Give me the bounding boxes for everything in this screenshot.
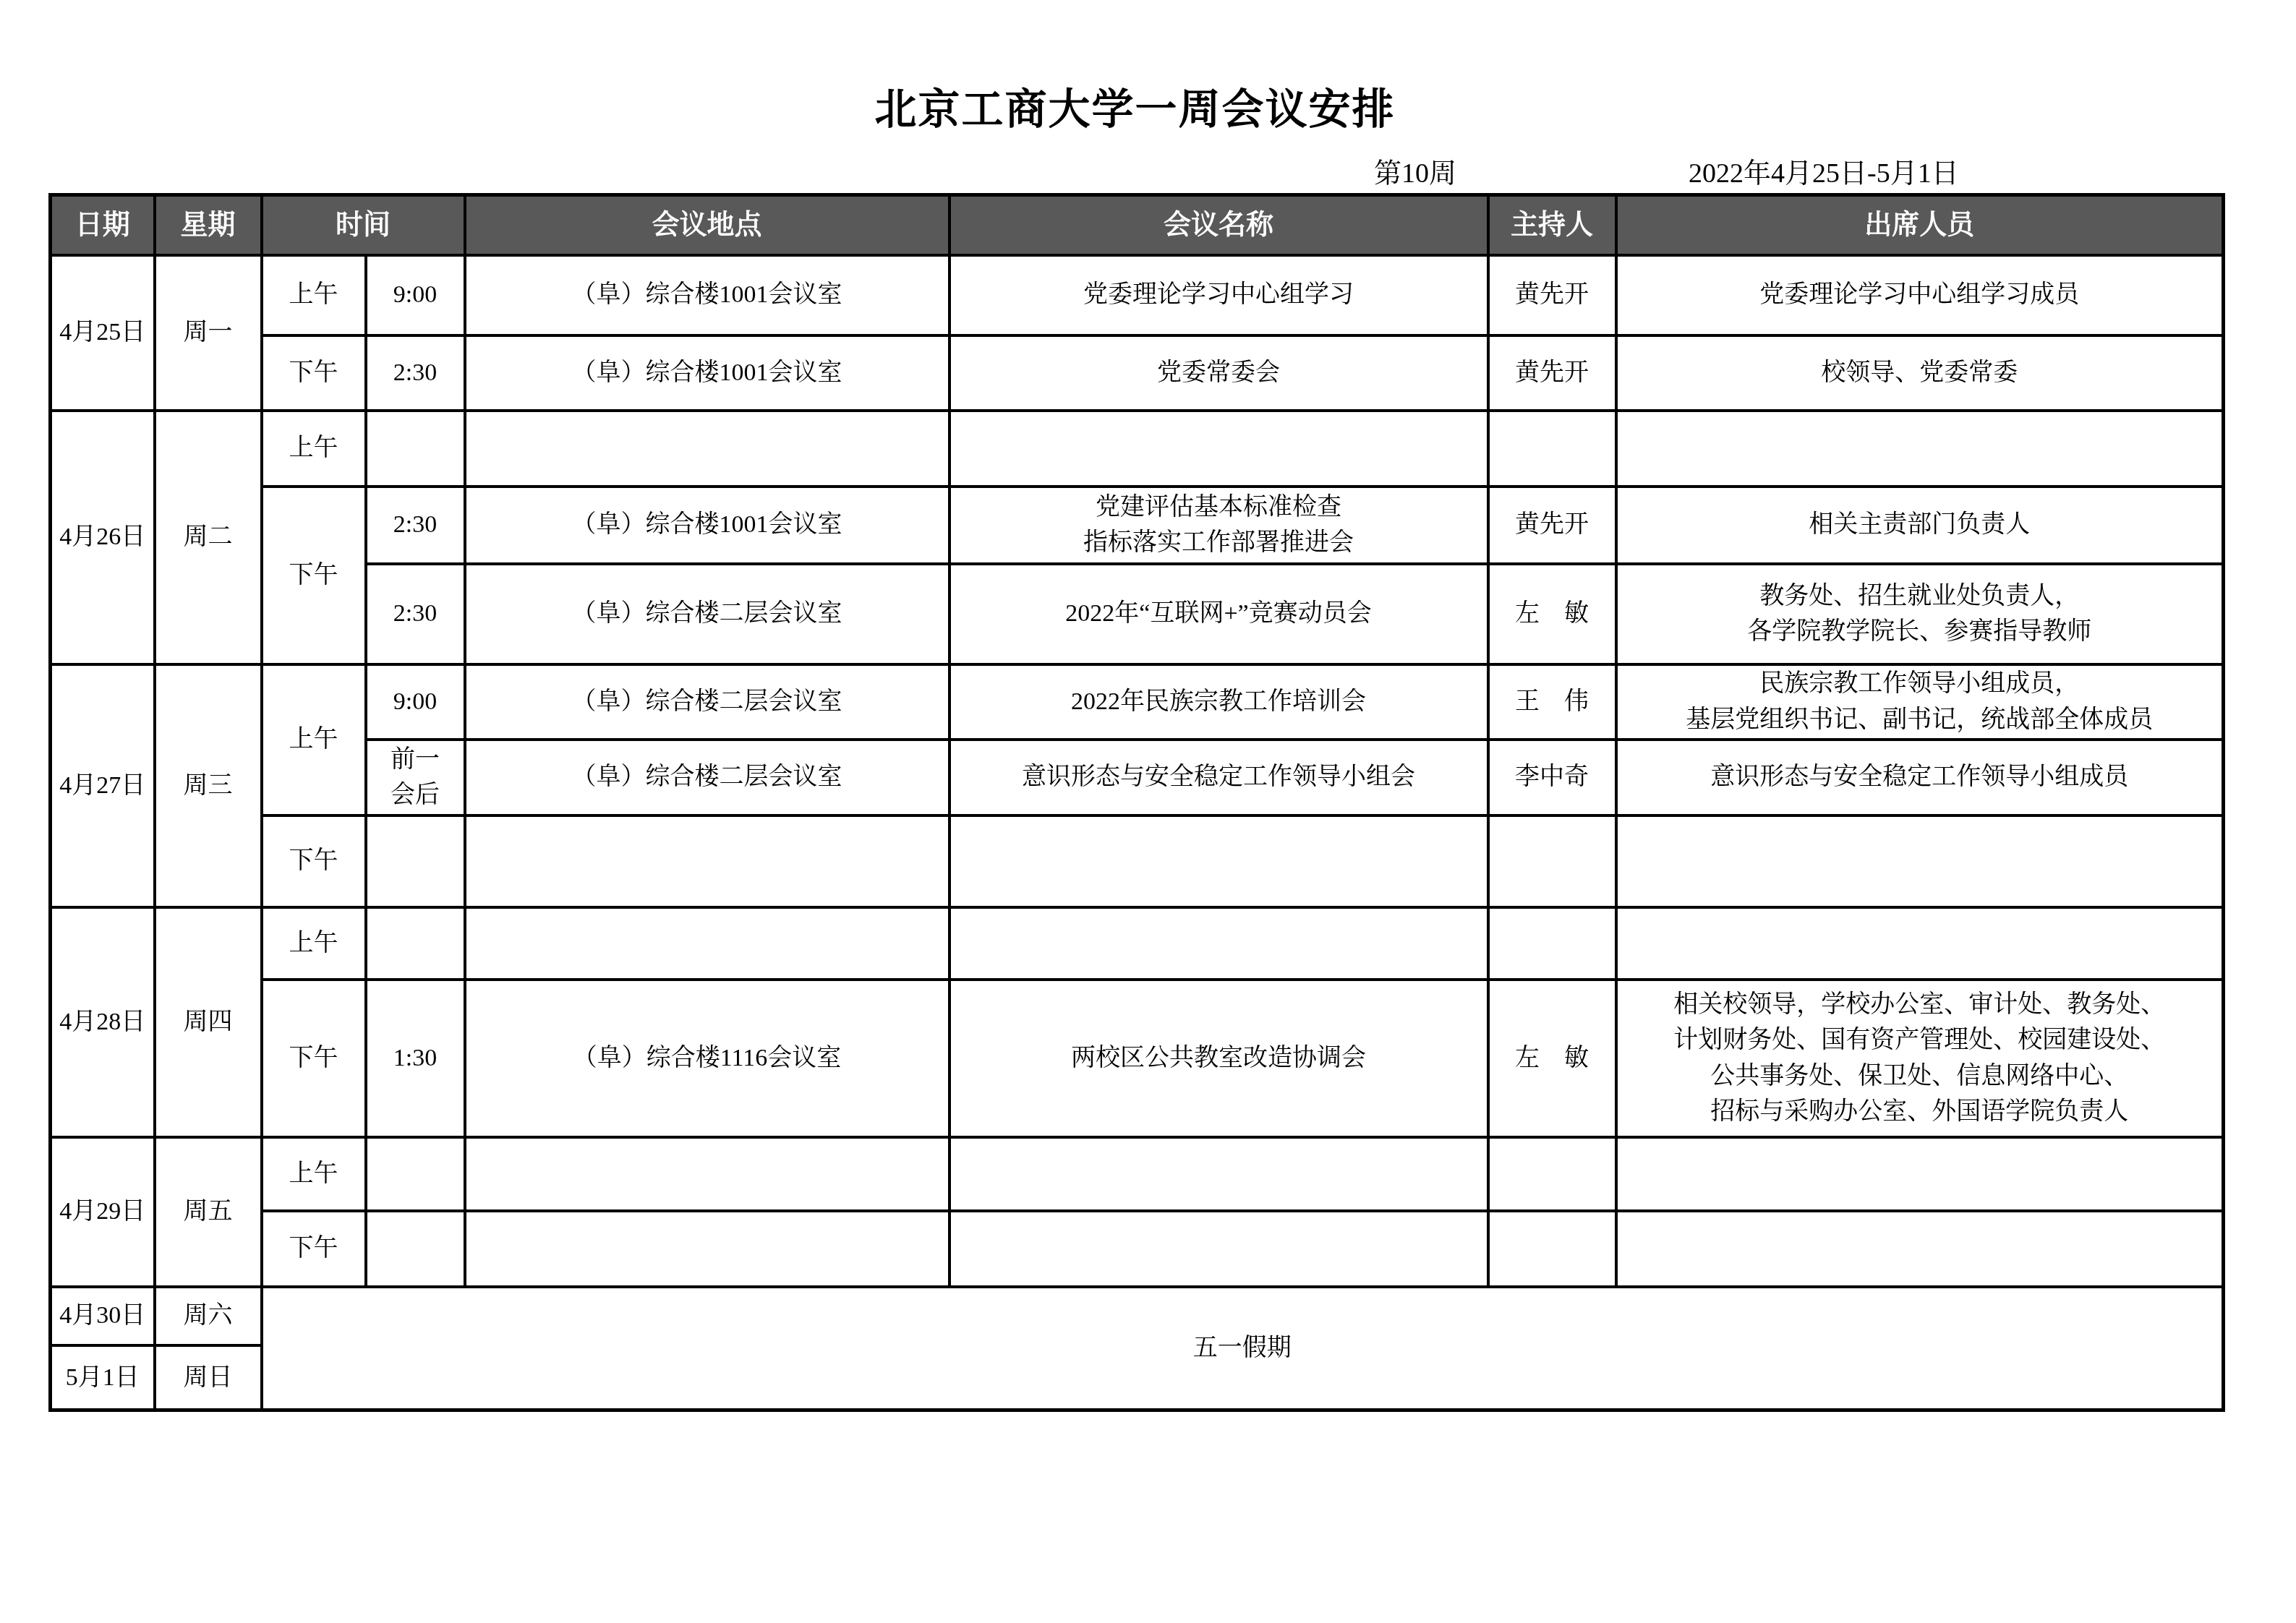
time-cell: 9:00: [366, 255, 465, 335]
period-cell: 上午: [262, 1137, 366, 1211]
host-cell: 王 伟: [1488, 664, 1616, 740]
host-cell: [1488, 1137, 1616, 1211]
period-cell: 下午: [262, 1211, 366, 1287]
meeting-name-cell: 党委理论学习中心组学习: [949, 255, 1488, 335]
host-cell: [1488, 815, 1616, 907]
attendees-cell: [1616, 815, 2224, 907]
header-attendees: 出席人员: [1616, 195, 2224, 255]
page-title: 北京工商大学一周会议安排: [48, 75, 2222, 136]
meeting-name-cell: [949, 411, 1488, 487]
table-header-row: 日期 星期 时间 会议地点 会议名称 主持人 出席人员: [51, 195, 2224, 255]
header-location: 会议地点: [465, 195, 949, 255]
header-name: 会议名称: [949, 195, 1488, 255]
period-cell: 下午: [262, 980, 366, 1137]
time-cell: 2:30: [366, 564, 465, 664]
attendees-cell: 民族宗教工作领导小组成员， 基层党组织书记、副书记，统战部全体成员: [1616, 664, 2224, 740]
table-row: 下午 1:30 （阜）综合楼1116会议室 两校区公共教室改造协调会 左 敏 相…: [51, 980, 2224, 1137]
table-row: 前一 会后 （阜）综合楼二层会议室 意识形态与安全稳定工作领导小组会 李中奇 意…: [51, 740, 2224, 815]
header-time: 时间: [262, 195, 465, 255]
time-cell: 2:30: [366, 487, 465, 564]
date-cell: 4月27日: [51, 664, 155, 907]
host-cell: 左 敏: [1488, 980, 1616, 1137]
location-cell: [465, 1137, 949, 1211]
date-cell: 4月25日: [51, 255, 155, 411]
meeting-name-cell: [949, 1211, 1488, 1287]
host-cell: 黄先开: [1488, 335, 1616, 411]
time-cell: 9:00: [366, 664, 465, 740]
period-cell: 下午: [262, 815, 366, 907]
attendees-cell: 教务处、招生就业处负责人， 各学院教学院长、参赛指导教师: [1616, 564, 2224, 664]
holiday-cell: 五一假期: [262, 1287, 2224, 1410]
time-cell: 1:30: [366, 980, 465, 1137]
weekday-cell: 周六: [155, 1287, 262, 1345]
weekday-cell: 周三: [155, 664, 262, 907]
week-number-label: 第10周: [1374, 150, 1456, 190]
location-cell: （阜）综合楼二层会议室: [465, 664, 949, 740]
table-row: 4月25日 周一 上午 9:00 （阜）综合楼1001会议室 党委理论学习中心组…: [51, 255, 2224, 335]
host-cell: [1488, 907, 1616, 980]
attendees-cell: [1616, 907, 2224, 980]
meeting-name-cell: [949, 1137, 1488, 1211]
host-cell: 黄先开: [1488, 487, 1616, 564]
weekday-cell: 周五: [155, 1137, 262, 1287]
time-cell: [366, 815, 465, 907]
attendees-cell: 相关主责部门负责人: [1616, 487, 2224, 564]
document-page: 北京工商大学一周会议安排 第10周 2022年4月25日-5月1日 日期 星期 …: [0, 0, 2296, 1623]
header-date: 日期: [51, 195, 155, 255]
location-cell: [465, 411, 949, 487]
period-cell: 上午: [262, 255, 366, 335]
time-cell: 2:30: [366, 335, 465, 411]
time-cell: [366, 1137, 465, 1211]
meeting-name-cell: 党委常委会: [949, 335, 1488, 411]
time-cell: 前一 会后: [366, 740, 465, 815]
location-cell: （阜）综合楼二层会议室: [465, 564, 949, 664]
location-cell: （阜）综合楼1116会议室: [465, 980, 949, 1137]
table-row: 4月29日 周五 上午: [51, 1137, 2224, 1211]
period-cell: 上午: [262, 664, 366, 815]
date-cell: 4月26日: [51, 411, 155, 664]
period-cell: 上午: [262, 411, 366, 487]
table-row: 下午: [51, 1211, 2224, 1287]
weekday-cell: 周日: [155, 1345, 262, 1410]
header-host: 主持人: [1488, 195, 1616, 255]
table-row: 2:30 （阜）综合楼二层会议室 2022年“互联网+”竞赛动员会 左 敏 教务…: [51, 564, 2224, 664]
time-cell: [366, 907, 465, 980]
attendees-cell: 校领导、党委常委: [1616, 335, 2224, 411]
attendees-cell: 意识形态与安全稳定工作领导小组成员: [1616, 740, 2224, 815]
time-cell: [366, 411, 465, 487]
weekday-cell: 周四: [155, 907, 262, 1137]
period-cell: 上午: [262, 907, 366, 980]
host-cell: [1488, 411, 1616, 487]
table-row: 下午 2:30 （阜）综合楼1001会议室 党委常委会 黄先开 校领导、党委常委: [51, 335, 2224, 411]
meeting-name-cell: 2022年“互联网+”竞赛动员会: [949, 564, 1488, 664]
date-cell: 5月1日: [51, 1345, 155, 1410]
meeting-name-cell: 两校区公共教室改造协调会: [949, 980, 1488, 1137]
location-cell: （阜）综合楼1001会议室: [465, 255, 949, 335]
meeting-name-cell: [949, 815, 1488, 907]
period-cell: 下午: [262, 487, 366, 664]
meeting-schedule-table: 日期 星期 时间 会议地点 会议名称 主持人 出席人员 4月25日 周一 上午 …: [48, 193, 2225, 1412]
time-cell: [366, 1211, 465, 1287]
weekday-cell: 周一: [155, 255, 262, 411]
table-row: 下午: [51, 815, 2224, 907]
location-cell: （阜）综合楼1001会议室: [465, 335, 949, 411]
attendees-cell: 相关校领导，学校办公室、审计处、教务处、 计划财务处、国有资产管理处、校园建设处…: [1616, 980, 2224, 1137]
location-cell: [465, 1211, 949, 1287]
host-cell: [1488, 1211, 1616, 1287]
location-cell: （阜）综合楼1001会议室: [465, 487, 949, 564]
table-row: 4月27日 周三 上午 9:00 （阜）综合楼二层会议室 2022年民族宗教工作…: [51, 664, 2224, 740]
date-cell: 4月28日: [51, 907, 155, 1137]
table-row: 4月28日 周四 上午: [51, 907, 2224, 980]
location-cell: [465, 815, 949, 907]
date-cell: 4月29日: [51, 1137, 155, 1287]
attendees-cell: [1616, 1211, 2224, 1287]
meeting-name-cell: 2022年民族宗教工作培训会: [949, 664, 1488, 740]
date-cell: 4月30日: [51, 1287, 155, 1345]
meeting-name-cell: [949, 907, 1488, 980]
table-row: 4月26日 周二 上午: [51, 411, 2224, 487]
table-row: 下午 2:30 （阜）综合楼1001会议室 党建评估基本标准检查 指标落实工作部…: [51, 487, 2224, 564]
period-cell: 下午: [262, 335, 366, 411]
location-cell: （阜）综合楼二层会议室: [465, 740, 949, 815]
weekday-cell: 周二: [155, 411, 262, 664]
meeting-name-cell: 意识形态与安全稳定工作领导小组会: [949, 740, 1488, 815]
header-weekday: 星期: [155, 195, 262, 255]
attendees-cell: [1616, 411, 2224, 487]
host-cell: 黄先开: [1488, 255, 1616, 335]
attendees-cell: 党委理论学习中心组学习成员: [1616, 255, 2224, 335]
attendees-cell: [1616, 1137, 2224, 1211]
host-cell: 左 敏: [1488, 564, 1616, 664]
host-cell: 李中奇: [1488, 740, 1616, 815]
meeting-name-cell: 党建评估基本标准检查 指标落实工作部署推进会: [949, 487, 1488, 564]
date-range-label: 2022年4月25日-5月1日: [1689, 150, 1959, 190]
location-cell: [465, 907, 949, 980]
table-row: 4月30日 周六 五一假期: [51, 1287, 2224, 1345]
